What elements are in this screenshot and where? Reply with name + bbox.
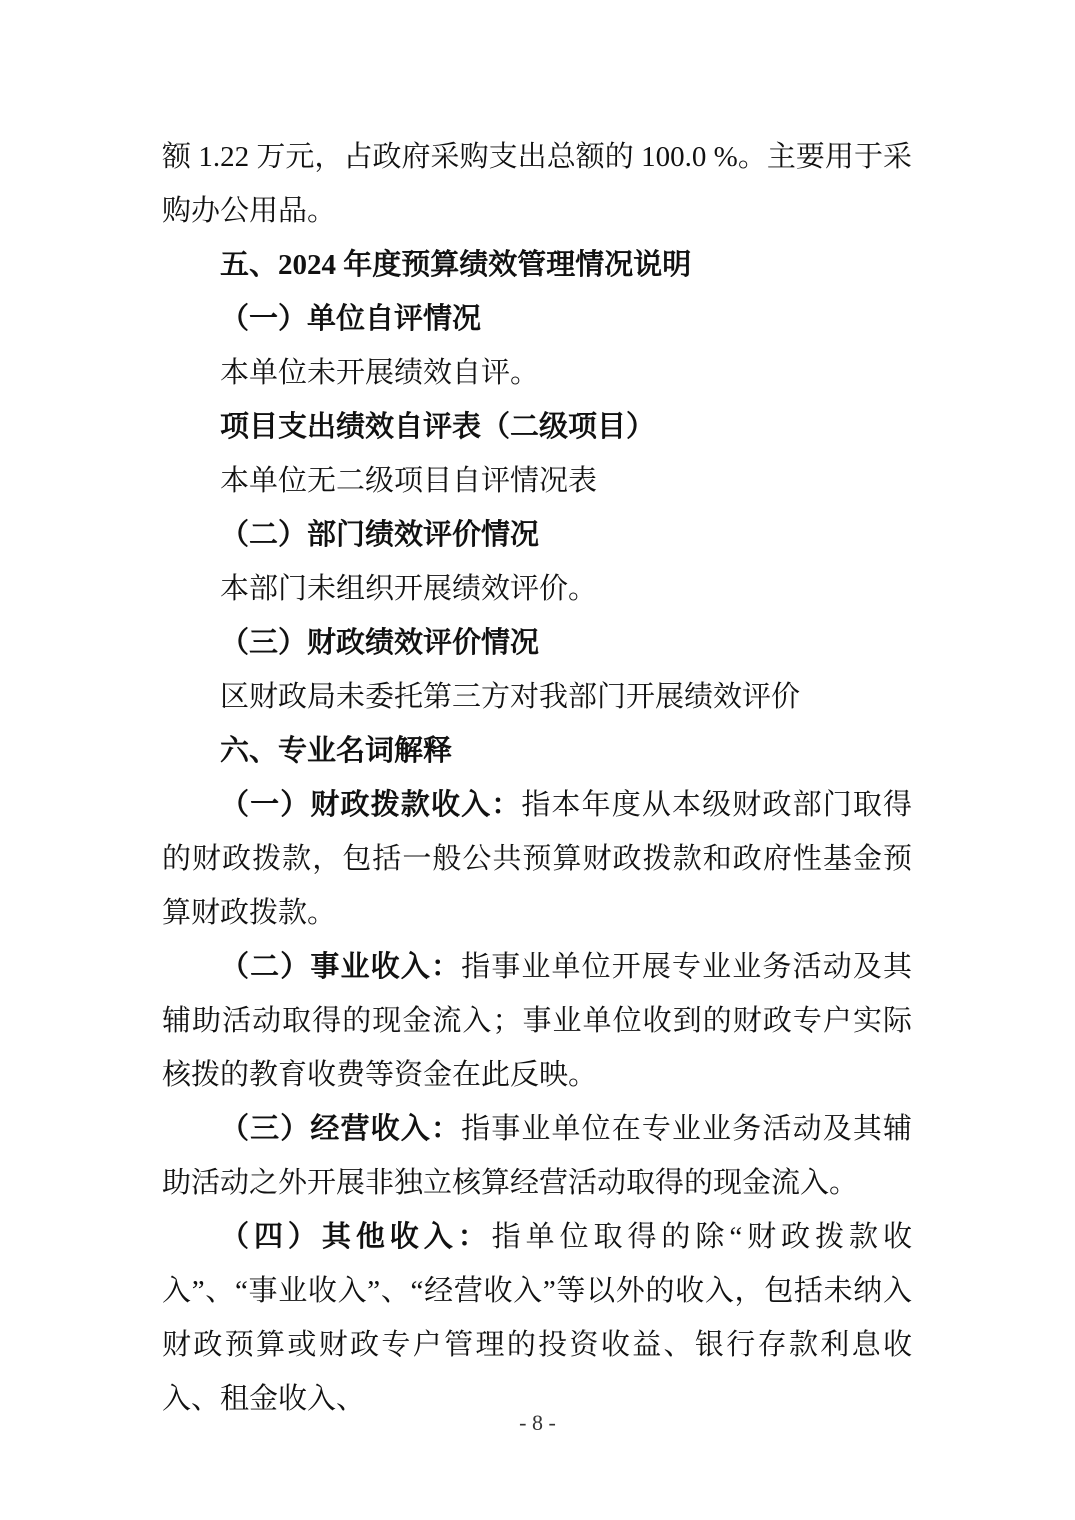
term-definition-other-income: （四）其他收入：指单位取得的除“财政拨款收入”、“事业收入”、“经营收入”等以外…	[162, 1210, 912, 1426]
sub-heading-project-table: 项目支出绩效自评表（二级项目）	[162, 400, 912, 454]
term-label: （二）事业收入：	[220, 951, 461, 983]
page-number: - 8 -	[0, 1408, 1075, 1438]
paragraph-project-table: 本单位无二级项目自评情况表	[162, 454, 912, 508]
paragraph-text: 区财政局未委托第三方对我部门开展绩效评价	[220, 681, 800, 713]
sub-heading-finance-evaluation: （三）财政绩效评价情况	[162, 616, 912, 670]
term-label: （三）经营收入：	[220, 1113, 461, 1145]
paragraph-self-evaluation: 本单位未开展绩效自评。	[162, 346, 912, 400]
paragraph-text: 本单位无二级项目自评情况表	[220, 465, 597, 497]
sub-heading-self-evaluation: （一）单位自评情况	[162, 292, 912, 346]
term-definition-fiscal-appropriation: （一）财政拨款收入：指本年度从本级财政部门取得的财政拨款，包括一般公共预算财政拨…	[162, 778, 912, 940]
paragraph-finance-evaluation: 区财政局未委托第三方对我部门开展绩效评价	[162, 670, 912, 724]
term-definition-operating-income: （三）经营收入：指事业单位在专业业务活动及其辅助活动之外开展非独立核算经营活动取…	[162, 1102, 912, 1210]
chapter-heading-6: 六、专业名词解释	[162, 724, 912, 778]
chapter-heading-5: 五、2024 年度预算绩效管理情况说明	[162, 238, 912, 292]
paragraph-department-evaluation: 本部门未组织开展绩效评价。	[162, 562, 912, 616]
paragraph-procurement-continuation: 额 1.22 万元，占政府采购支出总额的 100.0 %。主要用于采购办公用品。	[162, 130, 912, 238]
sub-heading-department-evaluation: （二）部门绩效评价情况	[162, 508, 912, 562]
term-label: （四）其他收入：	[220, 1221, 492, 1253]
document-body: 额 1.22 万元，占政府采购支出总额的 100.0 %。主要用于采购办公用品。…	[162, 130, 912, 1426]
term-definition-business-income: （二）事业收入：指事业单位开展专业业务活动及其辅助活动取得的现金流入；事业单位收…	[162, 940, 912, 1102]
paragraph-text: 本单位未开展绩效自评。	[220, 357, 539, 389]
term-label: （一）财政拨款收入：	[220, 789, 521, 821]
paragraph-text: 本部门未组织开展绩效评价。	[220, 573, 597, 605]
paragraph-text: 额 1.22 万元，占政府采购支出总额的 100.0 %。主要用于采购办公用品。	[162, 141, 912, 227]
document-page: 额 1.22 万元，占政府采购支出总额的 100.0 %。主要用于采购办公用品。…	[0, 0, 1075, 1520]
